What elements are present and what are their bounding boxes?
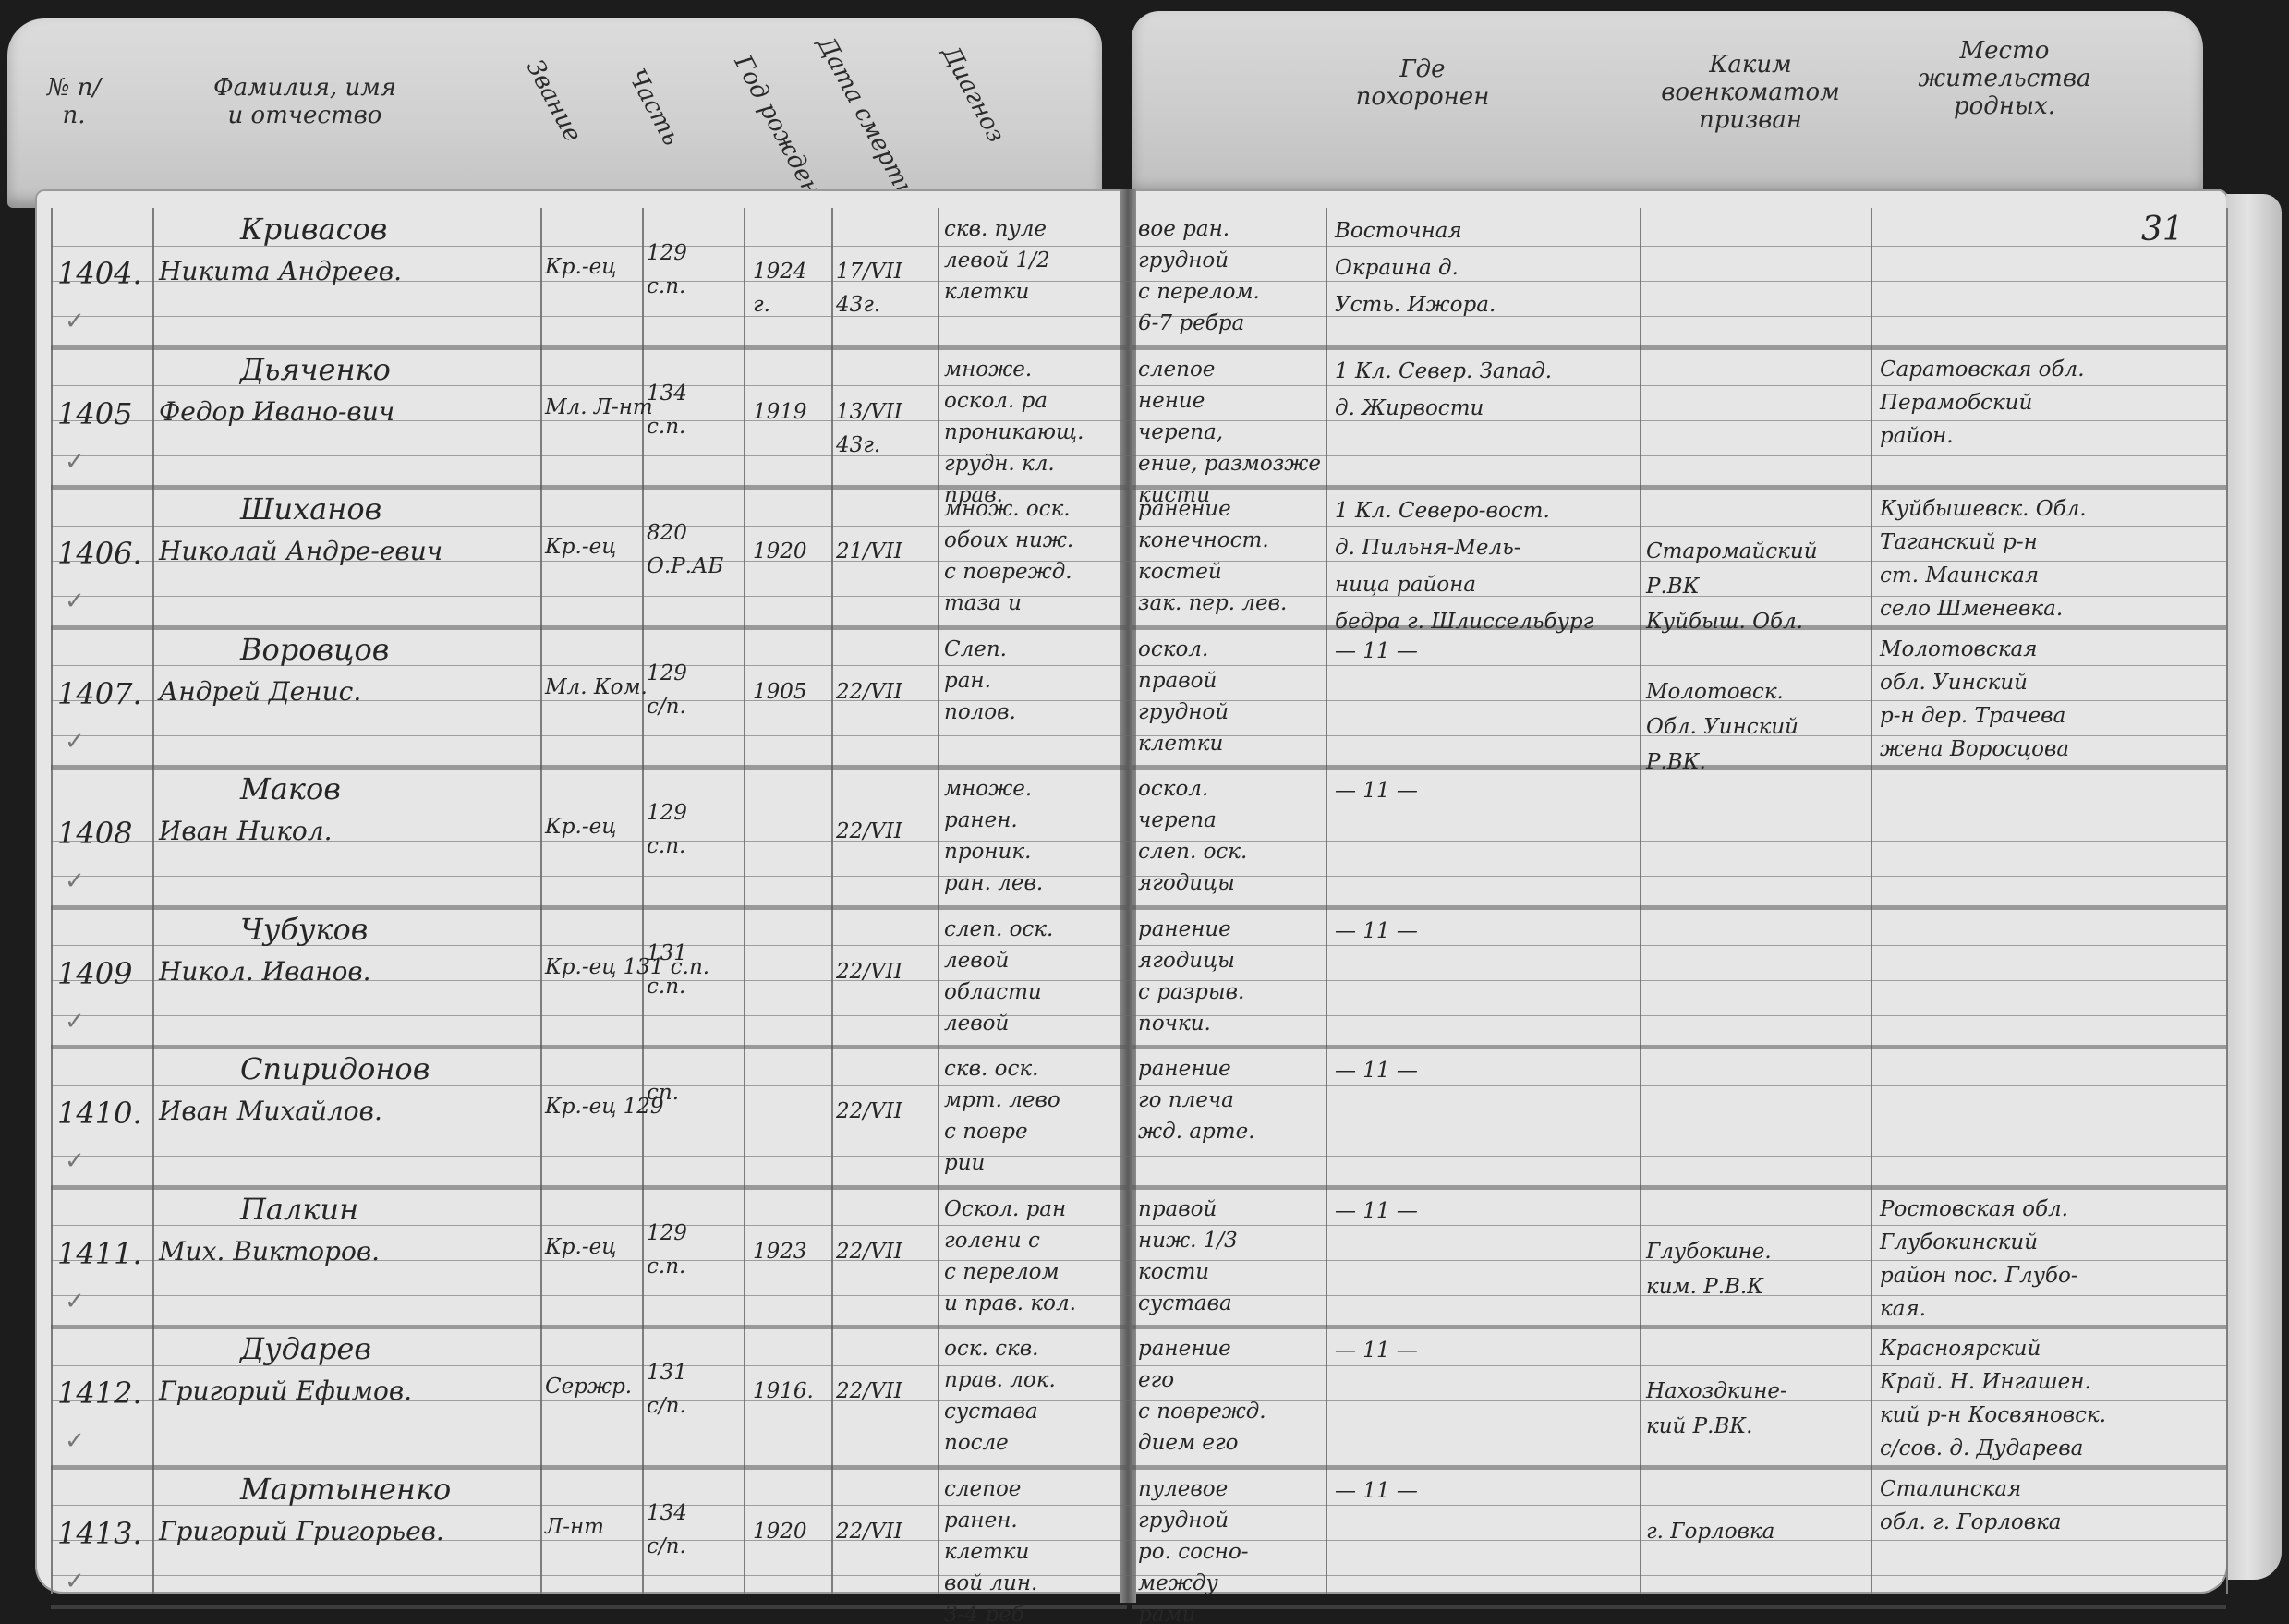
entry-diagnosis: скв. пуле <box>944 214 1047 244</box>
entry-unit: 131 <box>647 1358 687 1388</box>
entry-unit: 820 <box>647 518 687 548</box>
entry-burial-place: Усть. Ижора. <box>1335 290 1496 320</box>
entry-unit: с/п. <box>647 1532 686 1561</box>
entry-birth-year: г. <box>753 290 770 320</box>
entry-voenkomat: Старомайский <box>1646 537 1818 566</box>
entry-diagnosis-cont: ранение <box>1138 1054 1231 1084</box>
entry-diagnosis: левой <box>944 946 1009 976</box>
entry-diagnosis: левой <box>944 1009 1009 1038</box>
entry-diagnosis: множ. оск. <box>944 494 1071 524</box>
entry-diagnosis-cont: клетки <box>1138 729 1223 758</box>
entry-death-date: 22/VII <box>836 677 902 707</box>
entry-given-name: Григорий Григорьев. <box>159 1515 444 1548</box>
entry-diagnosis: ран. лев. <box>944 868 1043 898</box>
entry-death-date: 21/VII <box>836 537 902 566</box>
entry-relatives: Ростовская обл. <box>1880 1194 2068 1224</box>
entry-relatives: р-н дер. Трачева <box>1880 701 2065 731</box>
entry-diagnosis: ран. <box>944 666 991 696</box>
entry-burial-place: д. Пильня-Мель- <box>1335 533 1521 563</box>
entry-rank: Л-нт <box>545 1512 604 1542</box>
entry-relatives: обл. г. Горловка <box>1880 1508 2062 1537</box>
entry-diagnosis-cont: черепа <box>1138 806 1217 835</box>
entry-number: 1404. <box>57 257 142 290</box>
entry-diagnosis-cont: между <box>1138 1569 1218 1598</box>
entry-death-date: 22/VII <box>836 1097 902 1126</box>
entry-relatives: кая. <box>1880 1294 1926 1324</box>
entry-rank: Кр.-ец <box>545 532 616 562</box>
entry-relatives: Куйбышевск. Обл. <box>1880 494 2087 524</box>
entry-relatives: Глубокинский <box>1880 1228 2038 1257</box>
entry-diagnosis-cont: почки. <box>1138 1009 1211 1038</box>
entry-rank: Мл. Л-нт <box>545 393 653 422</box>
entry-number: 1405 <box>57 397 132 430</box>
entry-burial-place: — 11 — <box>1335 636 1418 666</box>
entry-diagnosis-cont: кости <box>1138 1257 1209 1287</box>
entry-surname: Воровцов <box>240 633 389 666</box>
entry-diagnosis: Слеп. <box>944 635 1007 664</box>
entry-unit: 129 <box>647 238 687 268</box>
entry-burial-place: д. Жирвости <box>1335 394 1484 423</box>
entry-unit: О.Р.АБ <box>647 551 723 581</box>
entry-diagnosis: грудн. кл. <box>944 449 1055 479</box>
entry-diagnosis: левой 1/2 <box>944 246 1050 275</box>
entry-death-date: 43г. <box>836 290 880 320</box>
check-mark-icon: ✓ <box>65 1427 85 1455</box>
entry-given-name: Иван Михайлов. <box>159 1095 382 1128</box>
entry-diagnosis-cont: грудной <box>1138 697 1229 727</box>
entry-voenkomat: Нахоздкине- <box>1646 1376 1787 1406</box>
entry-diagnosis: слеп. оск. <box>944 915 1053 944</box>
entry-given-name: Николай Андре-евич <box>159 535 442 568</box>
entry-diagnosis-cont: его <box>1138 1365 1174 1395</box>
entry-relatives: район пос. Глубо- <box>1880 1261 2078 1291</box>
entry-relatives: Молотовская <box>1880 635 2038 664</box>
entry-unit: 129 <box>647 798 687 828</box>
entry-birth-year: 1905 <box>753 677 807 707</box>
entry-birth-year: 1920 <box>753 1517 807 1546</box>
entry-burial-place: — 11 — <box>1335 1056 1418 1085</box>
entry-diagnosis: рии <box>944 1148 985 1178</box>
entry-diagnosis-cont: грудной <box>1138 246 1229 275</box>
entry-diagnosis: мрт. лево <box>944 1085 1060 1115</box>
entry-burial-place: — 11 — <box>1335 1336 1418 1365</box>
entry-surname: Дьяченко <box>240 353 391 386</box>
entry-diagnosis: сустава <box>944 1397 1038 1426</box>
entry-diagnosis: скв. оск. <box>944 1054 1038 1084</box>
entry-diagnosis: ранен. <box>944 806 1018 835</box>
entry-diagnosis-cont: правой <box>1138 666 1217 696</box>
header-burial-place: Где похоронен <box>1330 55 1515 111</box>
entry-surname: Мартыненко <box>240 1473 451 1506</box>
entry-diagnosis-cont: сустава <box>1138 1289 1232 1318</box>
entry-surname: Кривасов <box>240 212 387 246</box>
entry-number: 1410. <box>57 1097 142 1130</box>
entry-diagnosis: Оскол. ран <box>944 1194 1066 1224</box>
check-mark-icon: ✓ <box>65 1288 85 1315</box>
entry-unit: с/п. <box>647 1391 686 1421</box>
entry-diagnosis-cont: 6-7 ребра <box>1138 309 1244 338</box>
entry-given-name: Мих. Викторов. <box>159 1235 380 1268</box>
entry-diagnosis-cont: оскол. <box>1138 774 1208 804</box>
entry-diagnosis-cont: конечност. <box>1138 526 1269 555</box>
entry-diagnosis-cont: ранение <box>1138 915 1231 944</box>
entry-voenkomat: г. Горловка <box>1646 1517 1774 1546</box>
entry-relatives: Красноярский <box>1880 1334 2041 1363</box>
entry-diagnosis-cont: оскол. <box>1138 635 1208 664</box>
entry-number: 1412. <box>57 1376 142 1410</box>
entry-diagnosis: полов. <box>944 697 1016 727</box>
entry-given-name: Никол. Иванов. <box>159 955 371 988</box>
entry-relatives: Сталинская <box>1880 1474 2021 1504</box>
entry-given-name: Никита Андреев. <box>159 255 402 288</box>
entry-diagnosis: с перелом <box>944 1257 1060 1287</box>
entry-voenkomat: Обл. Уинский <box>1646 712 1798 742</box>
entry-given-name: Григорий Ефимов. <box>159 1375 412 1408</box>
entry-relatives: с/сов. д. Дударева <box>1880 1434 2083 1463</box>
entry-relatives: жена Воросцова <box>1880 734 2069 764</box>
check-mark-icon: ✓ <box>65 1147 85 1175</box>
entry-birth-year: 1916. <box>753 1376 814 1406</box>
entry-unit: 129 <box>647 1218 687 1248</box>
entry-rank: Кр.-ец <box>545 252 616 282</box>
entry-unit: с/п. <box>647 692 686 721</box>
entry-diagnosis: множе. <box>944 355 1032 384</box>
entry-diagnosis-cont: рами <box>1138 1600 1195 1624</box>
entry-diagnosis: голени с <box>944 1226 1040 1255</box>
entry-relatives: Таганский р-н <box>1880 527 2038 557</box>
entry-unit: 129 <box>647 659 687 688</box>
check-mark-icon: ✓ <box>65 448 85 476</box>
entry-voenkomat: кий Р.ВК. <box>1646 1412 1752 1441</box>
entry-burial-place: 1 Кл. Северо-вост. <box>1335 496 1550 526</box>
entry-diagnosis-cont: вое ран. <box>1138 214 1229 244</box>
entry-surname: Маков <box>240 772 341 806</box>
entry-unit: с.п. <box>647 272 685 301</box>
entry-diagnosis: вой лин. <box>944 1569 1037 1598</box>
entry-diagnosis-cont: правой <box>1138 1194 1217 1224</box>
entry-burial-place: — 11 — <box>1335 776 1418 806</box>
entry-diagnosis: ранен. <box>944 1506 1018 1535</box>
entry-death-date: 22/VII <box>836 1517 902 1546</box>
entry-burial-place: Окраина д. <box>1335 253 1459 283</box>
entry-number: 1411. <box>57 1237 142 1270</box>
entry-birth-year: 1923 <box>753 1237 807 1266</box>
entry-voenkomat: Р.ВК <box>1646 572 1700 601</box>
entry-diagnosis-cont: с поврежд. <box>1138 1397 1266 1426</box>
entry-diagnosis: обоих ниж. <box>944 526 1073 555</box>
check-mark-icon: ✓ <box>65 308 85 335</box>
entry-surname: Спиридонов <box>240 1052 430 1085</box>
entry-diagnosis-cont: зак. пер. лев. <box>1138 588 1287 618</box>
entry-burial-place: ница района <box>1335 570 1476 600</box>
entry-diagnosis: проник. <box>944 837 1031 867</box>
entry-diagnosis: после <box>944 1428 1009 1458</box>
entry-diagnosis-cont: ранение <box>1138 494 1231 524</box>
check-mark-icon: ✓ <box>65 1008 85 1036</box>
entry-given-name: Федор Ивано-вич <box>159 395 394 429</box>
page-edges <box>2226 194 2282 1580</box>
entry-birth-year: 1924 <box>753 257 807 286</box>
entry-death-date: 22/VII <box>836 1376 902 1406</box>
check-mark-icon: ✓ <box>65 867 85 895</box>
entry-diagnosis-cont: слепое <box>1138 355 1215 384</box>
entry-diagnosis-cont: ягодицы <box>1138 868 1235 898</box>
check-mark-icon: ✓ <box>65 588 85 615</box>
entry-diagnosis: с повре <box>944 1117 1028 1146</box>
check-mark-icon: ✓ <box>65 1568 85 1595</box>
entry-diagnosis-cont: ниж. 1/3 <box>1138 1226 1238 1255</box>
entry-rank: Кр.-ец <box>545 1232 616 1262</box>
header-voenkomat: Каким военкоматом призван <box>1644 51 1857 134</box>
entry-number: 1409 <box>57 957 132 990</box>
entry-relatives: обл. Уинский <box>1880 668 2028 697</box>
entry-diagnosis-cont: го плеча <box>1138 1085 1234 1115</box>
entry-diagnosis-cont: жд. арте. <box>1138 1117 1255 1146</box>
entry-given-name: Андрей Денис. <box>159 675 361 709</box>
entry-diagnosis: клетки <box>944 277 1029 307</box>
entry-voenkomat: Молотовск. <box>1646 677 1784 707</box>
entry-diagnosis: 3-4 реб <box>944 1600 1024 1624</box>
entry-diagnosis-cont: пулевое <box>1138 1474 1228 1504</box>
entry-voenkomat: ким. Р.В.К <box>1646 1272 1763 1302</box>
entry-surname: Шиханов <box>240 492 381 526</box>
entry-burial-place: — 11 — <box>1335 1196 1418 1226</box>
entry-surname: Палкин <box>240 1193 358 1226</box>
entry-diagnosis: оск. скв. <box>944 1334 1038 1363</box>
entry-unit: с.п. <box>647 831 685 861</box>
entry-voenkomat: Глубокине. <box>1646 1237 1772 1266</box>
entry-diagnosis-cont: ранение <box>1138 1334 1231 1363</box>
entry-diagnosis-cont: с разрыв. <box>1138 977 1244 1007</box>
entry-death-date: 22/VII <box>836 957 902 987</box>
entry-unit: 134 <box>647 1498 687 1528</box>
entry-unit: сп. <box>647 1078 679 1108</box>
entry-burial-place: Восточная <box>1335 216 1462 246</box>
entry-unit: 134 <box>647 379 687 408</box>
entry-unit: с.п. <box>647 1252 685 1281</box>
column-rule <box>2226 208 2228 1594</box>
entry-diagnosis: и прав. кол. <box>944 1289 1076 1318</box>
entry-diagnosis-cont: дием его <box>1138 1428 1238 1458</box>
entry-surname: Чубуков <box>240 913 368 946</box>
entry-diagnosis-cont: нение <box>1138 386 1205 416</box>
entry-relatives: ст. Маинская <box>1880 561 2039 590</box>
entry-diagnosis-cont: с перелом. <box>1138 277 1260 307</box>
entry-diagnosis-cont: слеп. оск. <box>1138 837 1247 867</box>
entry-diagnosis: клетки <box>944 1537 1029 1567</box>
entry-diagnosis: прав. лок. <box>944 1365 1056 1395</box>
entry-rank: Мл. Ком. <box>545 673 648 702</box>
entry-diagnosis-cont: костей <box>1138 557 1222 587</box>
entry-death-date: 22/VII <box>836 817 902 846</box>
entry-number: 1407. <box>57 677 142 710</box>
entry-diagnosis: с поврежд. <box>944 557 1072 587</box>
check-mark-icon: ✓ <box>65 728 85 756</box>
entry-relatives: Саратовская обл. <box>1880 355 2085 384</box>
entry-unit: с.п. <box>647 972 685 1001</box>
header-num: № п/п. <box>37 74 111 129</box>
header-relatives: Место жительства родных. <box>1884 37 2125 120</box>
entry-diagnosis-cont: черепа, <box>1138 418 1223 447</box>
entry-unit: с.п. <box>647 412 685 442</box>
entry-given-name: Иван Никол. <box>159 815 333 848</box>
entry-diagnosis-cont: грудной <box>1138 1506 1229 1535</box>
entry-rank: Сержр. <box>545 1372 632 1401</box>
entry-death-date: 22/VII <box>836 1237 902 1266</box>
entry-diagnosis: слепое <box>944 1474 1021 1504</box>
header-name: Фамилия, имя и отчество <box>212 74 397 129</box>
entry-relatives: Край. Н. Ингашен. <box>1880 1367 2091 1397</box>
entry-diagnosis: множе. <box>944 774 1032 804</box>
entry-unit: 131 <box>647 939 687 968</box>
entry-diagnosis-cont: ение, размозже <box>1138 449 1321 479</box>
entry-relatives: район. <box>1880 421 1954 451</box>
entry-birth-year: 1919 <box>753 397 807 427</box>
entry-relatives: кий р-н Косвяновск. <box>1880 1400 2106 1430</box>
entry-surname: Дударев <box>240 1332 371 1365</box>
entry-diagnosis-cont: ро. сосно- <box>1138 1537 1249 1567</box>
entry-relatives: Перамобский <box>1880 388 2032 418</box>
entry-number: 1408 <box>57 817 132 850</box>
entry-death-date: 17/VII <box>836 257 902 286</box>
entry-number: 1413. <box>57 1517 142 1550</box>
entry-birth-year: 1920 <box>753 537 807 566</box>
entry-death-date: 43г. <box>836 430 880 460</box>
entry-diagnosis-cont: ягодицы <box>1138 946 1235 976</box>
entry-number: 1406. <box>57 537 142 570</box>
entry-burial-place: 1 Кл. Север. Запад. <box>1335 357 1552 386</box>
entry-burial-place: — 11 — <box>1335 916 1418 946</box>
entry-death-date: 13/VII <box>836 397 902 427</box>
entry-diagnosis: оскол. ра <box>944 386 1048 416</box>
entry-diagnosis: проникающ. <box>944 418 1084 447</box>
entry-diagnosis: области <box>944 977 1042 1007</box>
entry-rank: Кр.-ец <box>545 812 616 842</box>
entry-diagnosis: таза и <box>944 588 1022 618</box>
entry-relatives: село Шменевка. <box>1880 594 2063 624</box>
entry-burial-place: — 11 — <box>1335 1476 1418 1506</box>
